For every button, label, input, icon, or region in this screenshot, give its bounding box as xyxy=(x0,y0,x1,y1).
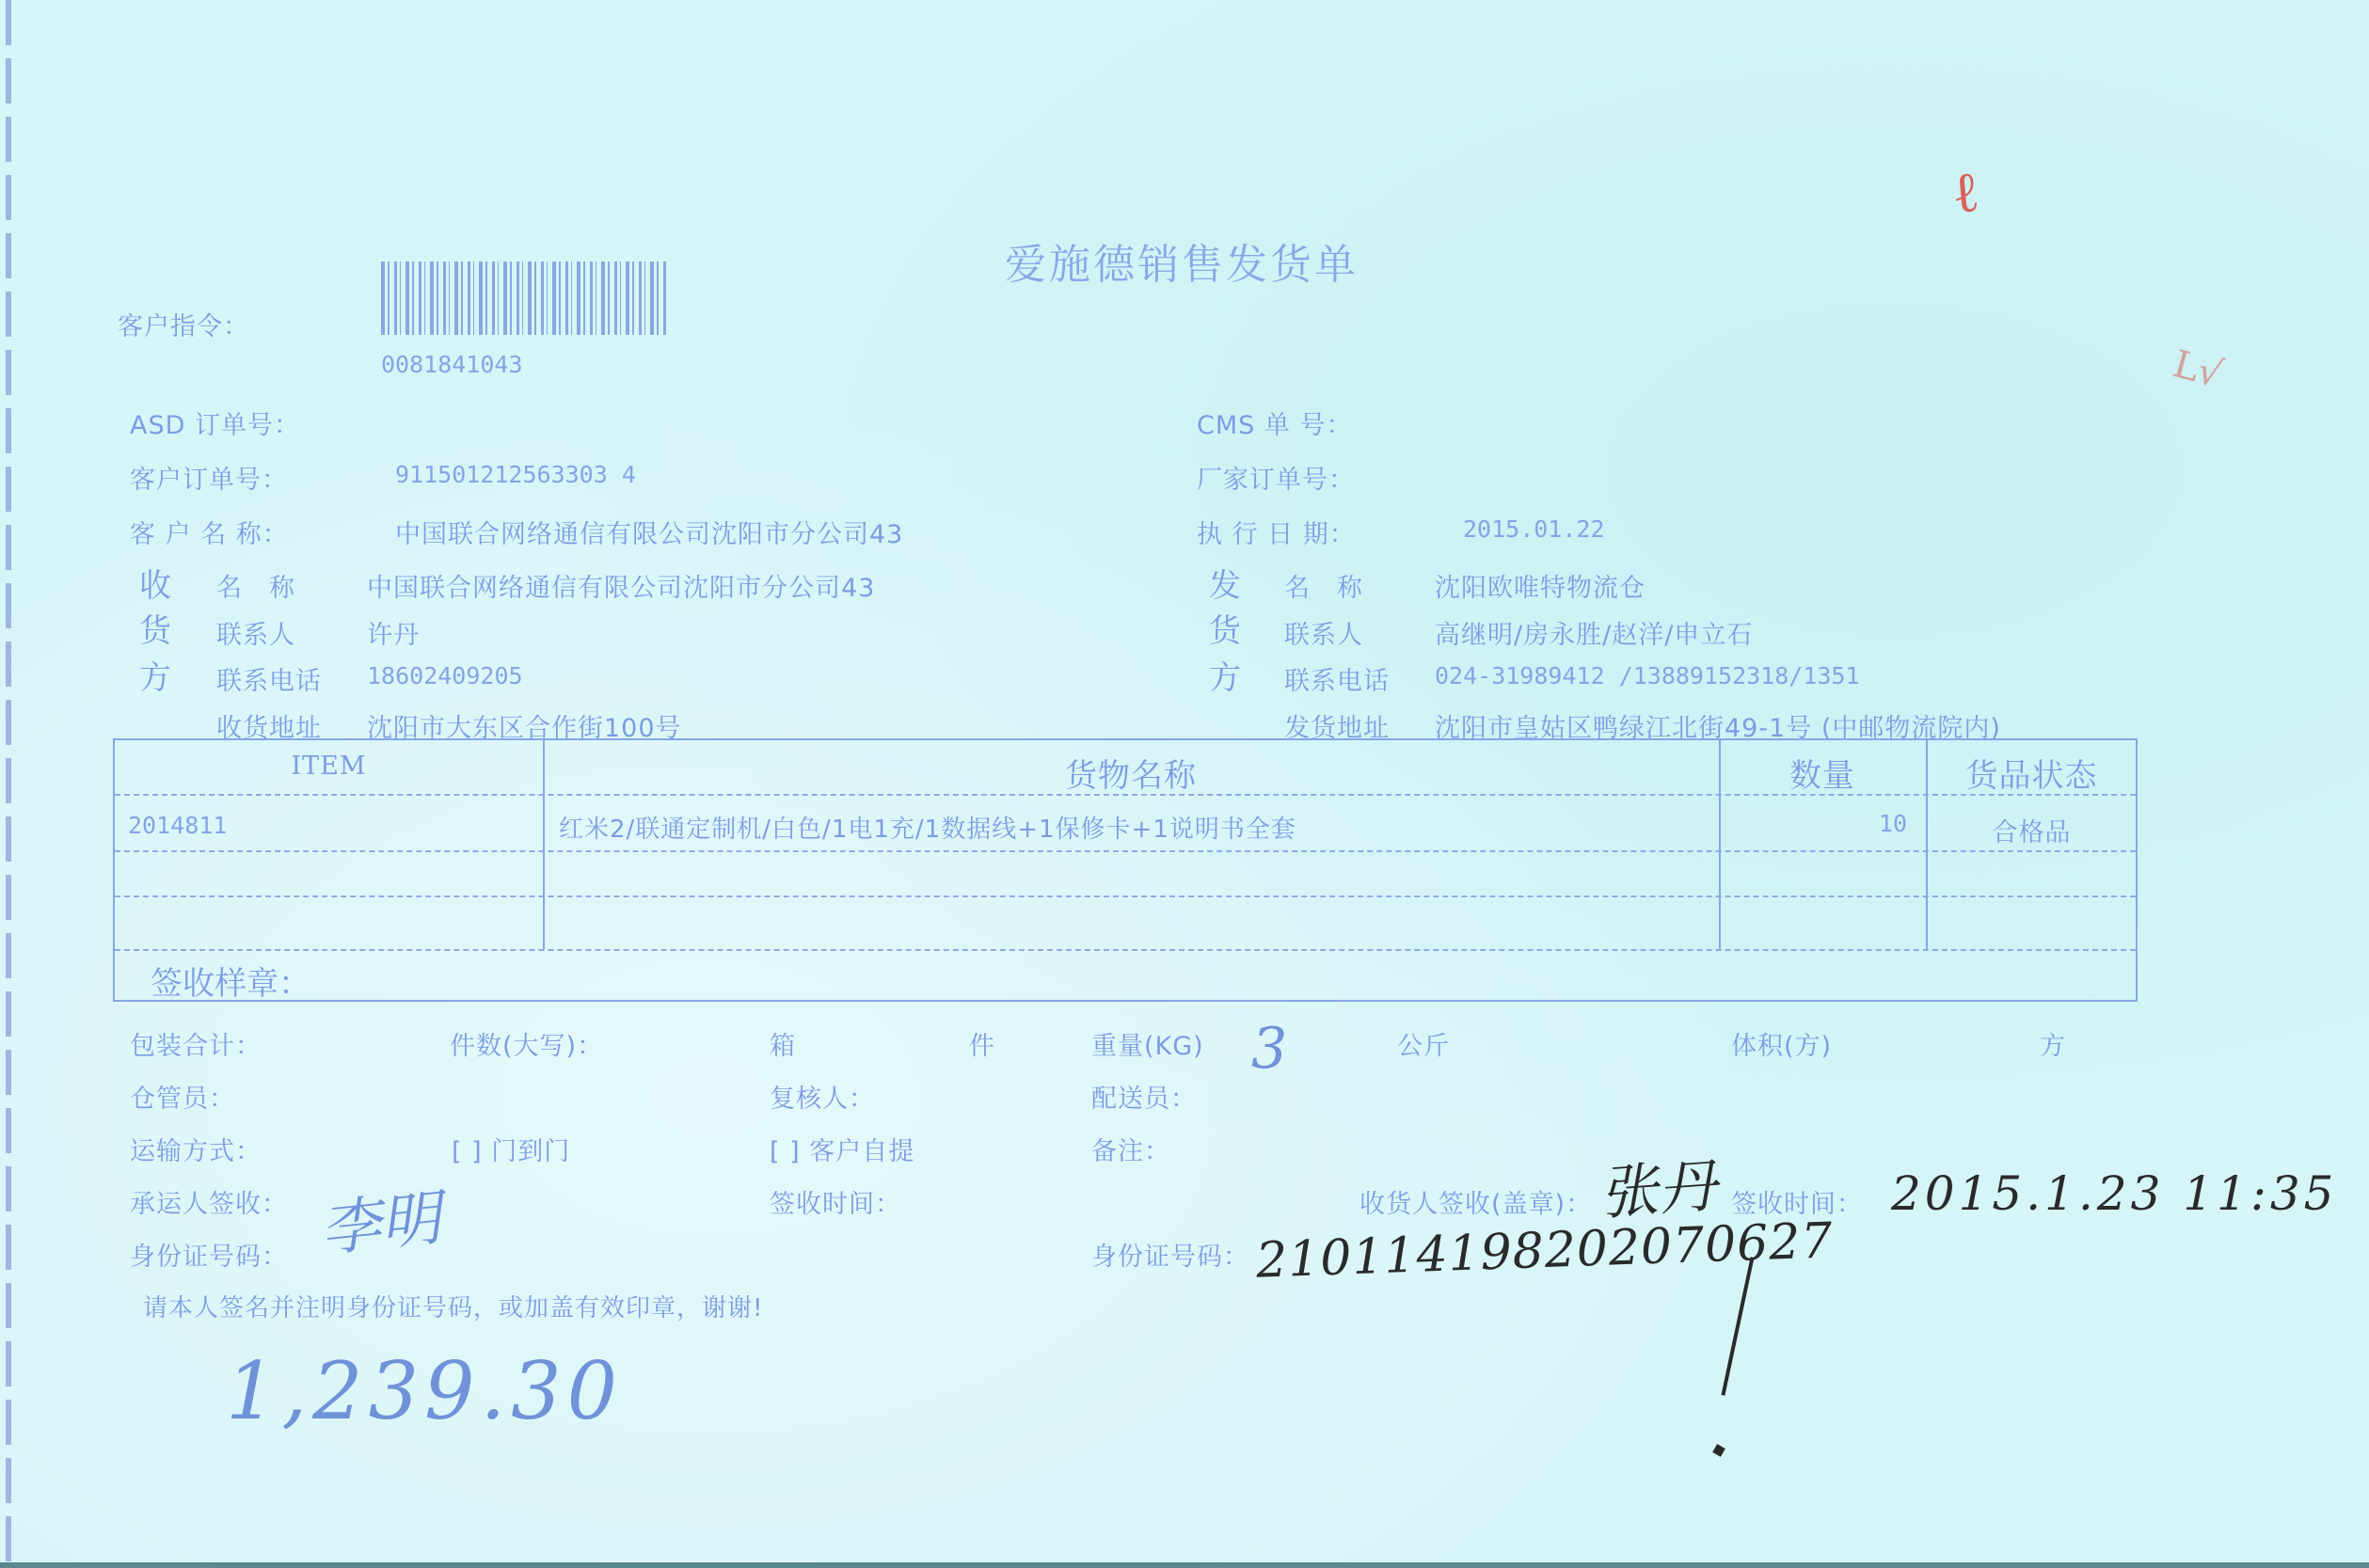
row-item: 2014811 xyxy=(128,812,227,839)
receiver-phone-value: 18602409205 xyxy=(367,662,523,689)
customer-instruction-code: 0081841043 xyxy=(381,351,523,378)
shipper-side-char: 发 xyxy=(1209,560,1241,606)
exec-date-label: 执 行 日 期： xyxy=(1197,514,1356,550)
receiver-side-char: 货 xyxy=(139,605,171,651)
table-divider xyxy=(115,949,2136,951)
shipper-name-label: 名 称 xyxy=(1284,567,1363,604)
customer-instruction-label: 客户指令： xyxy=(118,306,249,342)
cms-order-label: CMS 单 号： xyxy=(1197,404,1352,441)
id-number-label-receiver: 身份证号码： xyxy=(1091,1236,1249,1273)
receiver-side-char: 收 xyxy=(139,560,171,606)
weight-handwritten-value: 3 xyxy=(1251,1016,1287,1082)
row-status: 合格品 xyxy=(1926,812,2138,848)
transport-label: 运输方式： xyxy=(130,1131,262,1167)
shipper-side-char: 货 xyxy=(1209,605,1241,651)
sign-time-label: 签收时间： xyxy=(770,1183,901,1220)
receiver-sign-time-value: 2015.1.23 11:35 xyxy=(1891,1166,2337,1221)
receiver-name-label: 名 称 xyxy=(216,567,295,604)
factory-order-label: 厂家订单号： xyxy=(1197,459,1355,496)
red-ink-mark-icon: L√ xyxy=(2169,342,2227,397)
carrier-signature: 李明 xyxy=(316,1170,445,1269)
exec-date-value: 2015.01.22 xyxy=(1463,515,1605,543)
receiver-contact-label: 联系人 xyxy=(216,614,295,651)
shipper-side-char: 方 xyxy=(1209,652,1241,698)
signature-instruction-note: 请本人签名并注明身份证号码，或加盖有效印章，谢谢! xyxy=(143,1289,763,1323)
box-unit: 箱 xyxy=(770,1025,796,1062)
option-door-to-door[interactable]: [ ] 门到门 xyxy=(452,1131,570,1167)
table-divider xyxy=(115,895,2136,897)
row-goods-name: 红米2/联通定制机/白色/1电1充/1数据线+1保修卡+1说明书全套 xyxy=(559,810,1296,845)
row-quantity: 10 xyxy=(1719,810,1907,837)
delivery-person-label: 配送员： xyxy=(1091,1078,1197,1115)
perforation-edge xyxy=(6,0,11,1568)
goods-table: ITEM 货物名称 数量 货品状态 2014811 红米2/联通定制机/白色/1… xyxy=(113,738,2138,1002)
shipper-contact-label: 联系人 xyxy=(1284,614,1363,651)
volume-label: 体积(方) xyxy=(1731,1025,1832,1062)
receiver-phone-label: 联系电话 xyxy=(216,660,322,697)
customer-name-value: 中国联合网络通信有限公司沈阳市分公司43 xyxy=(395,514,903,550)
piece-unit: 件 xyxy=(969,1025,995,1062)
column-header-item: ITEM xyxy=(115,752,543,781)
table-divider xyxy=(115,850,2136,852)
weight-label: 重量(KG) xyxy=(1091,1025,1204,1062)
receiver-contact-value: 许丹 xyxy=(367,614,420,651)
document-title: 爱施德销售发货单 xyxy=(1005,230,1359,291)
pieces-label: 件数(大写)： xyxy=(450,1025,603,1062)
rechecker-label: 复核人： xyxy=(770,1078,875,1115)
column-header-goods-name: 货物名称 xyxy=(543,750,1719,796)
shipper-phone-label: 联系电话 xyxy=(1284,660,1390,697)
barcode-icon xyxy=(381,261,668,335)
carrier-sign-label: 承运人签收： xyxy=(130,1183,288,1220)
sign-stamp-label: 签收样章： xyxy=(151,958,310,1004)
customer-name-label: 客 户 名 称： xyxy=(130,514,289,550)
shipper-phone-value: 024-31989412 /13889152318/1351 xyxy=(1435,662,1860,689)
option-customer-pickup[interactable]: [ ] 客户自提 xyxy=(770,1131,914,1167)
column-header-quantity: 数量 xyxy=(1719,750,1926,796)
receiver-name-value: 中国联合网络通信有限公司沈阳市分公司43 xyxy=(367,567,875,604)
customer-order-value: 911501212563303 4 xyxy=(395,461,636,488)
paper-bottom-edge xyxy=(0,1562,2369,1568)
package-total-label: 包装合计： xyxy=(130,1025,262,1062)
weight-unit: 公斤 xyxy=(1397,1025,1450,1062)
id-number-label-carrier: 身份证号码： xyxy=(130,1236,288,1273)
warehouse-keeper-label: 仓管员： xyxy=(130,1078,235,1115)
customer-order-label: 客户订单号： xyxy=(130,459,288,496)
red-ink-mark-icon: ℓ xyxy=(1949,159,1982,227)
asd-order-label: ASD 订单号： xyxy=(130,404,300,441)
column-header-status: 货品状态 xyxy=(1926,750,2138,796)
receiver-sign-label: 收货人签收(盖章)： xyxy=(1359,1183,1592,1220)
handwritten-stroke xyxy=(1721,1257,1754,1396)
receiver-side-char: 方 xyxy=(139,652,171,698)
shipper-contact-value: 高继明/房永胜/赵洋/申立石 xyxy=(1435,614,1753,651)
remark-label: 备注： xyxy=(1091,1131,1170,1167)
volume-unit: 方 xyxy=(2040,1025,2066,1062)
ink-dot xyxy=(1712,1444,1725,1457)
handwritten-amount: 1,239.30 xyxy=(226,1345,623,1437)
shipper-name-value: 沈阳欧唯特物流仓 xyxy=(1435,567,1646,604)
